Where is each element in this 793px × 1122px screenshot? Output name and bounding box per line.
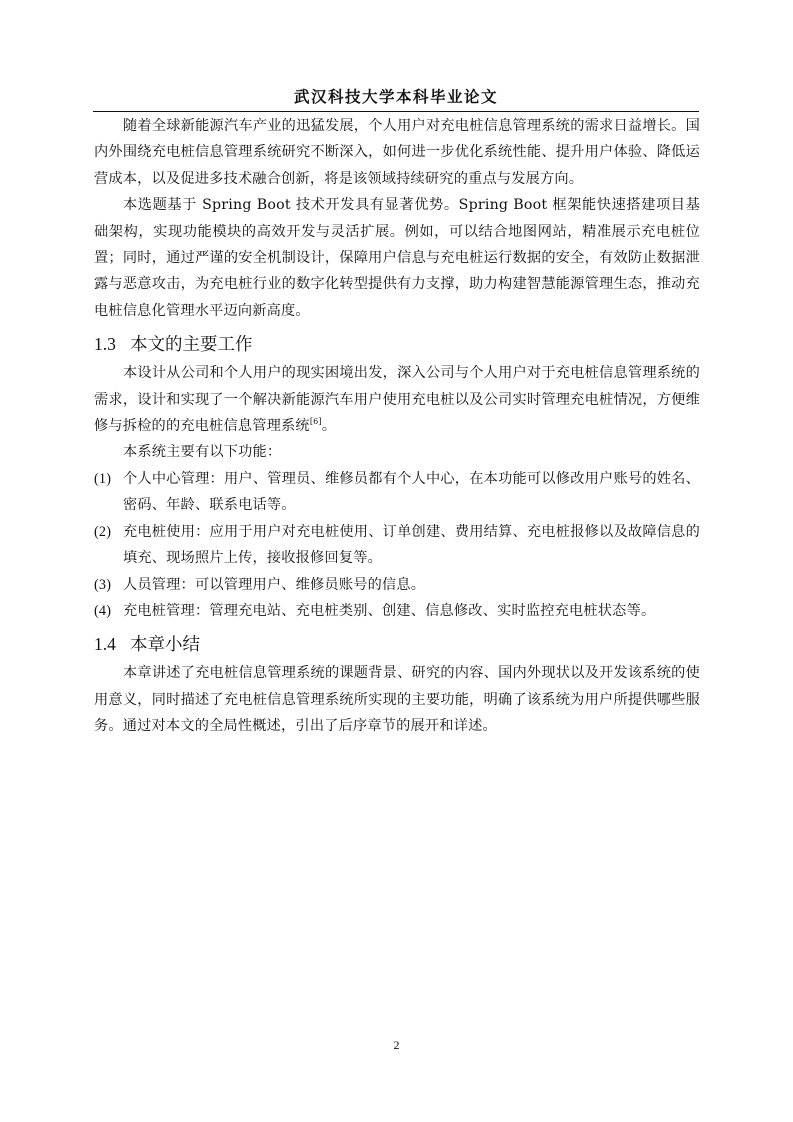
paragraph-end: 。: [322, 418, 336, 434]
paragraph: 随着全球新能源汽车产业的迅猛发展，个人用户对充电桩信息管理系统的需求日益增长。国…: [94, 113, 700, 192]
section-number: 1.3: [94, 331, 130, 357]
list-marker: (2): [94, 519, 111, 545]
paragraph: 本设计从公司和个人用户的现实困境出发，深入公司与个人用户对于充电桩信息管理系统的…: [94, 360, 700, 439]
feature-list: (1)个人中心管理：用户、管理员、维修员都有个人中心，在本功能可以修改用户账号的…: [94, 466, 700, 624]
section-title: 本文的主要工作: [130, 335, 253, 355]
paragraph: 本选题基于 Spring Boot 技术开发具有显著优势。Spring Boot…: [94, 192, 700, 324]
document-page: 武汉科技大学本科毕业论文 随着全球新能源汽车产业的迅猛发展，个人用户对充电桩信息…: [0, 0, 793, 1122]
list-item-text: 人员管理：可以管理用户、维修员账号的信息。: [123, 577, 425, 593]
list-item-text: 个人中心管理：用户、管理员、维修员都有个人中心，在本功能可以修改用户账号的姓名、…: [123, 471, 700, 513]
list-item: (3)人员管理：可以管理用户、维修员账号的信息。: [94, 572, 700, 598]
list-item-text: 充电桩管理：管理充电站、充电桩类别、创建、信息修改、实时监控充电桩状态等。: [123, 603, 655, 619]
section-title: 本章小结: [130, 635, 200, 655]
list-marker: (1): [94, 466, 111, 492]
citation: [6]: [310, 417, 322, 426]
page-body: 随着全球新能源汽车产业的迅猛发展，个人用户对充电桩信息管理系统的需求日益增长。国…: [94, 113, 700, 740]
paragraph-text: 本设计从公司和个人用户的现实困境出发，深入公司与个人用户对于充电桩信息管理系统的…: [94, 365, 700, 434]
section-number: 1.4: [94, 631, 130, 657]
list-item: (2)充电桩使用：应用于用户对充电桩使用、订单创建、费用结算、充电桩报修以及故障…: [94, 519, 700, 572]
running-header: 武汉科技大学本科毕业论文: [93, 84, 699, 112]
list-item: (1)个人中心管理：用户、管理员、维修员都有个人中心，在本功能可以修改用户账号的…: [94, 466, 700, 519]
section-heading-1-3: 1.3本文的主要工作: [94, 331, 700, 358]
paragraph: 本系统主要有以下功能：: [94, 439, 700, 465]
list-marker: (4): [94, 598, 111, 624]
list-marker: (3): [94, 572, 111, 598]
section-heading-1-4: 1.4本章小结: [94, 631, 700, 658]
list-item: (4)充电桩管理：管理充电站、充电桩类别、创建、信息修改、实时监控充电桩状态等。: [94, 598, 700, 624]
page-number: 2: [0, 1038, 793, 1053]
header-rule: [93, 111, 699, 112]
list-item-text: 充电桩使用：应用于用户对充电桩使用、订单创建、费用结算、充电桩报修以及故障信息的…: [123, 524, 700, 566]
paragraph: 本章讲述了充电桩信息管理系统的课题背景、研究的内容、国内外现状以及开发该系统的使…: [94, 660, 700, 739]
